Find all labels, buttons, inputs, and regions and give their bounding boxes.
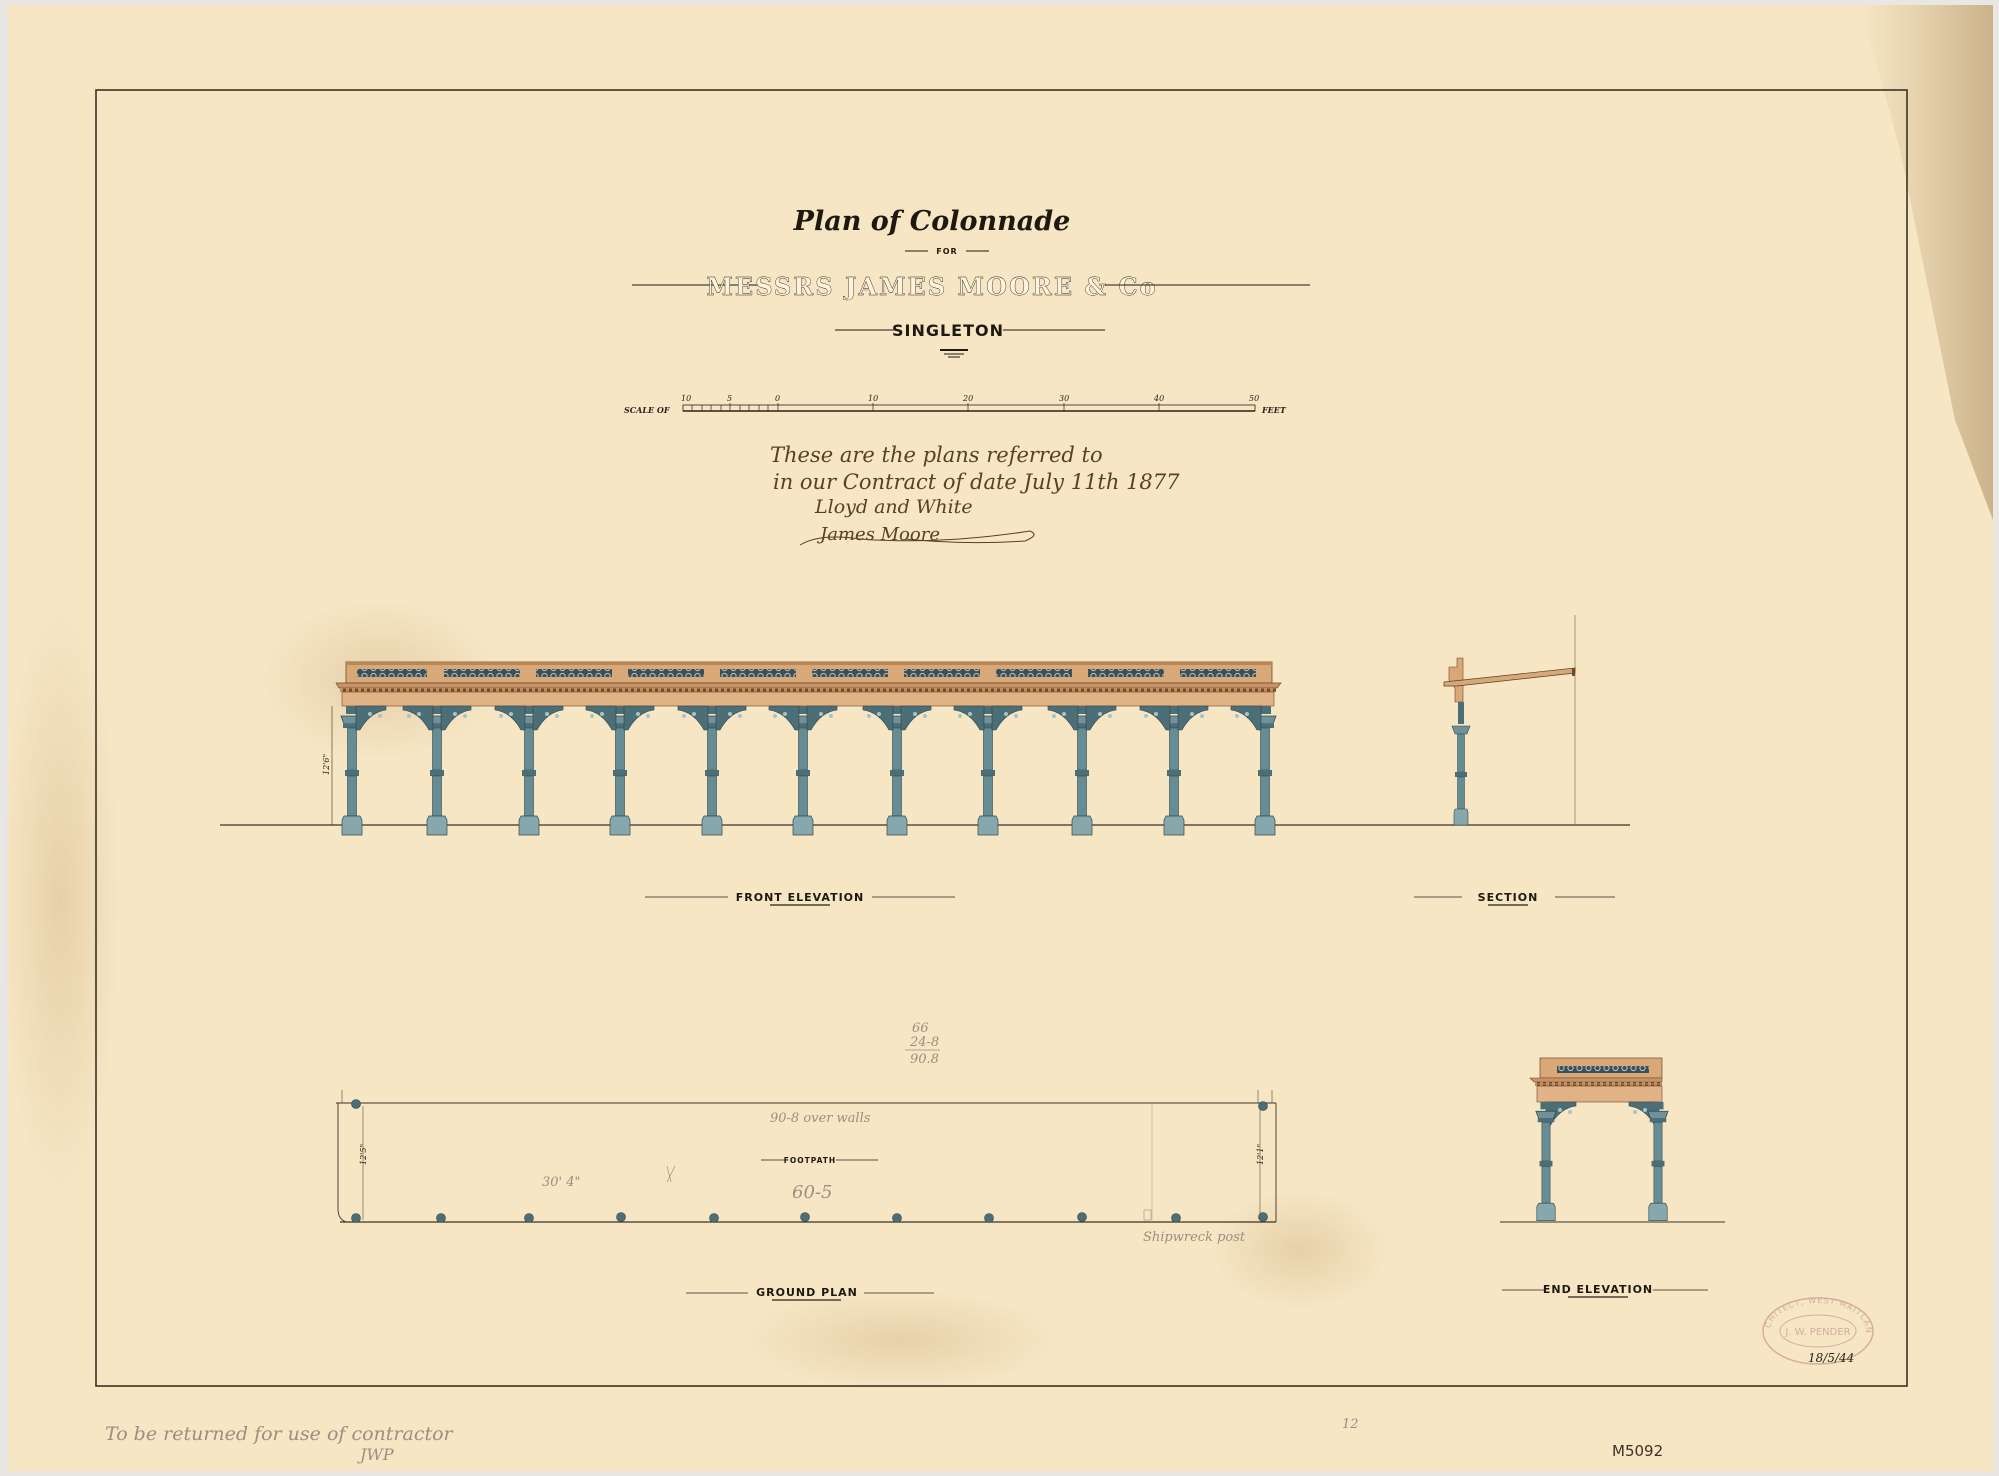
scale-prefix: SCALE OF bbox=[624, 405, 671, 415]
scale-tick: 10 bbox=[868, 394, 878, 403]
front-height-dimension: 12'6" bbox=[322, 754, 331, 775]
plan-dim-right: 12'1" bbox=[1256, 1144, 1265, 1165]
pencil-over-walls: 90-8 over walls bbox=[770, 1111, 871, 1126]
inscription-line: Lloyd and White bbox=[814, 496, 973, 518]
stamp-name: J. W. PENDER bbox=[1784, 1327, 1850, 1338]
drawing-sheet: Plan of Colonnade FOR MESSRS JAMES MOORE… bbox=[0, 0, 1999, 1476]
title-location: SINGLETON bbox=[892, 321, 1004, 340]
end-elevation-title: END ELEVATION bbox=[1543, 1283, 1653, 1296]
scale-tick: 5 bbox=[727, 394, 732, 403]
pencil-mark: 12 bbox=[1342, 1417, 1359, 1432]
title-client: MESSRS JAMES MOORE & Co bbox=[706, 272, 1157, 301]
scale-tick: 30 bbox=[1059, 394, 1069, 403]
catalogue-number: M5092 bbox=[1612, 1442, 1663, 1460]
plan-dim-left: 12'5" bbox=[359, 1144, 368, 1165]
footpath-label: FOOTPATH bbox=[784, 1156, 836, 1165]
return-note-initials: JWP bbox=[357, 1445, 394, 1464]
scale-tick: 0 bbox=[775, 394, 780, 403]
scale-tick: 40 bbox=[1153, 394, 1164, 403]
pencil-calc: 24-8 bbox=[909, 1035, 939, 1050]
title-for: FOR bbox=[936, 247, 957, 256]
scale-suffix: FEET bbox=[1261, 405, 1287, 415]
pencil-note: Shipwreck post bbox=[1143, 1230, 1246, 1245]
scale-tick: 20 bbox=[962, 394, 973, 403]
scale-tick: 50 bbox=[1249, 394, 1259, 403]
return-note: To be returned for use of contractor bbox=[105, 1423, 455, 1445]
title-main: Plan of Colonnade bbox=[793, 206, 1071, 237]
ground-plan-title: GROUND PLAN bbox=[756, 1286, 858, 1299]
stamp-date: 18/5/44 bbox=[1808, 1351, 1854, 1365]
pencil-left-dim: 30' 4" bbox=[542, 1175, 581, 1190]
scale-tick: 10 bbox=[681, 394, 691, 403]
front-elevation-title: FRONT ELEVATION bbox=[736, 891, 865, 904]
pencil-calc: 66 bbox=[912, 1021, 929, 1036]
signature: James Moore bbox=[816, 524, 940, 545]
inscription-line: in our Contract of date July 11th 1877 bbox=[773, 470, 1180, 494]
pencil-calc: 90.8 bbox=[910, 1052, 939, 1067]
inscription-line: These are the plans referred to bbox=[770, 443, 1103, 467]
pencil-center-dim: 60-5 bbox=[792, 1182, 832, 1203]
section-title: SECTION bbox=[1478, 891, 1539, 904]
